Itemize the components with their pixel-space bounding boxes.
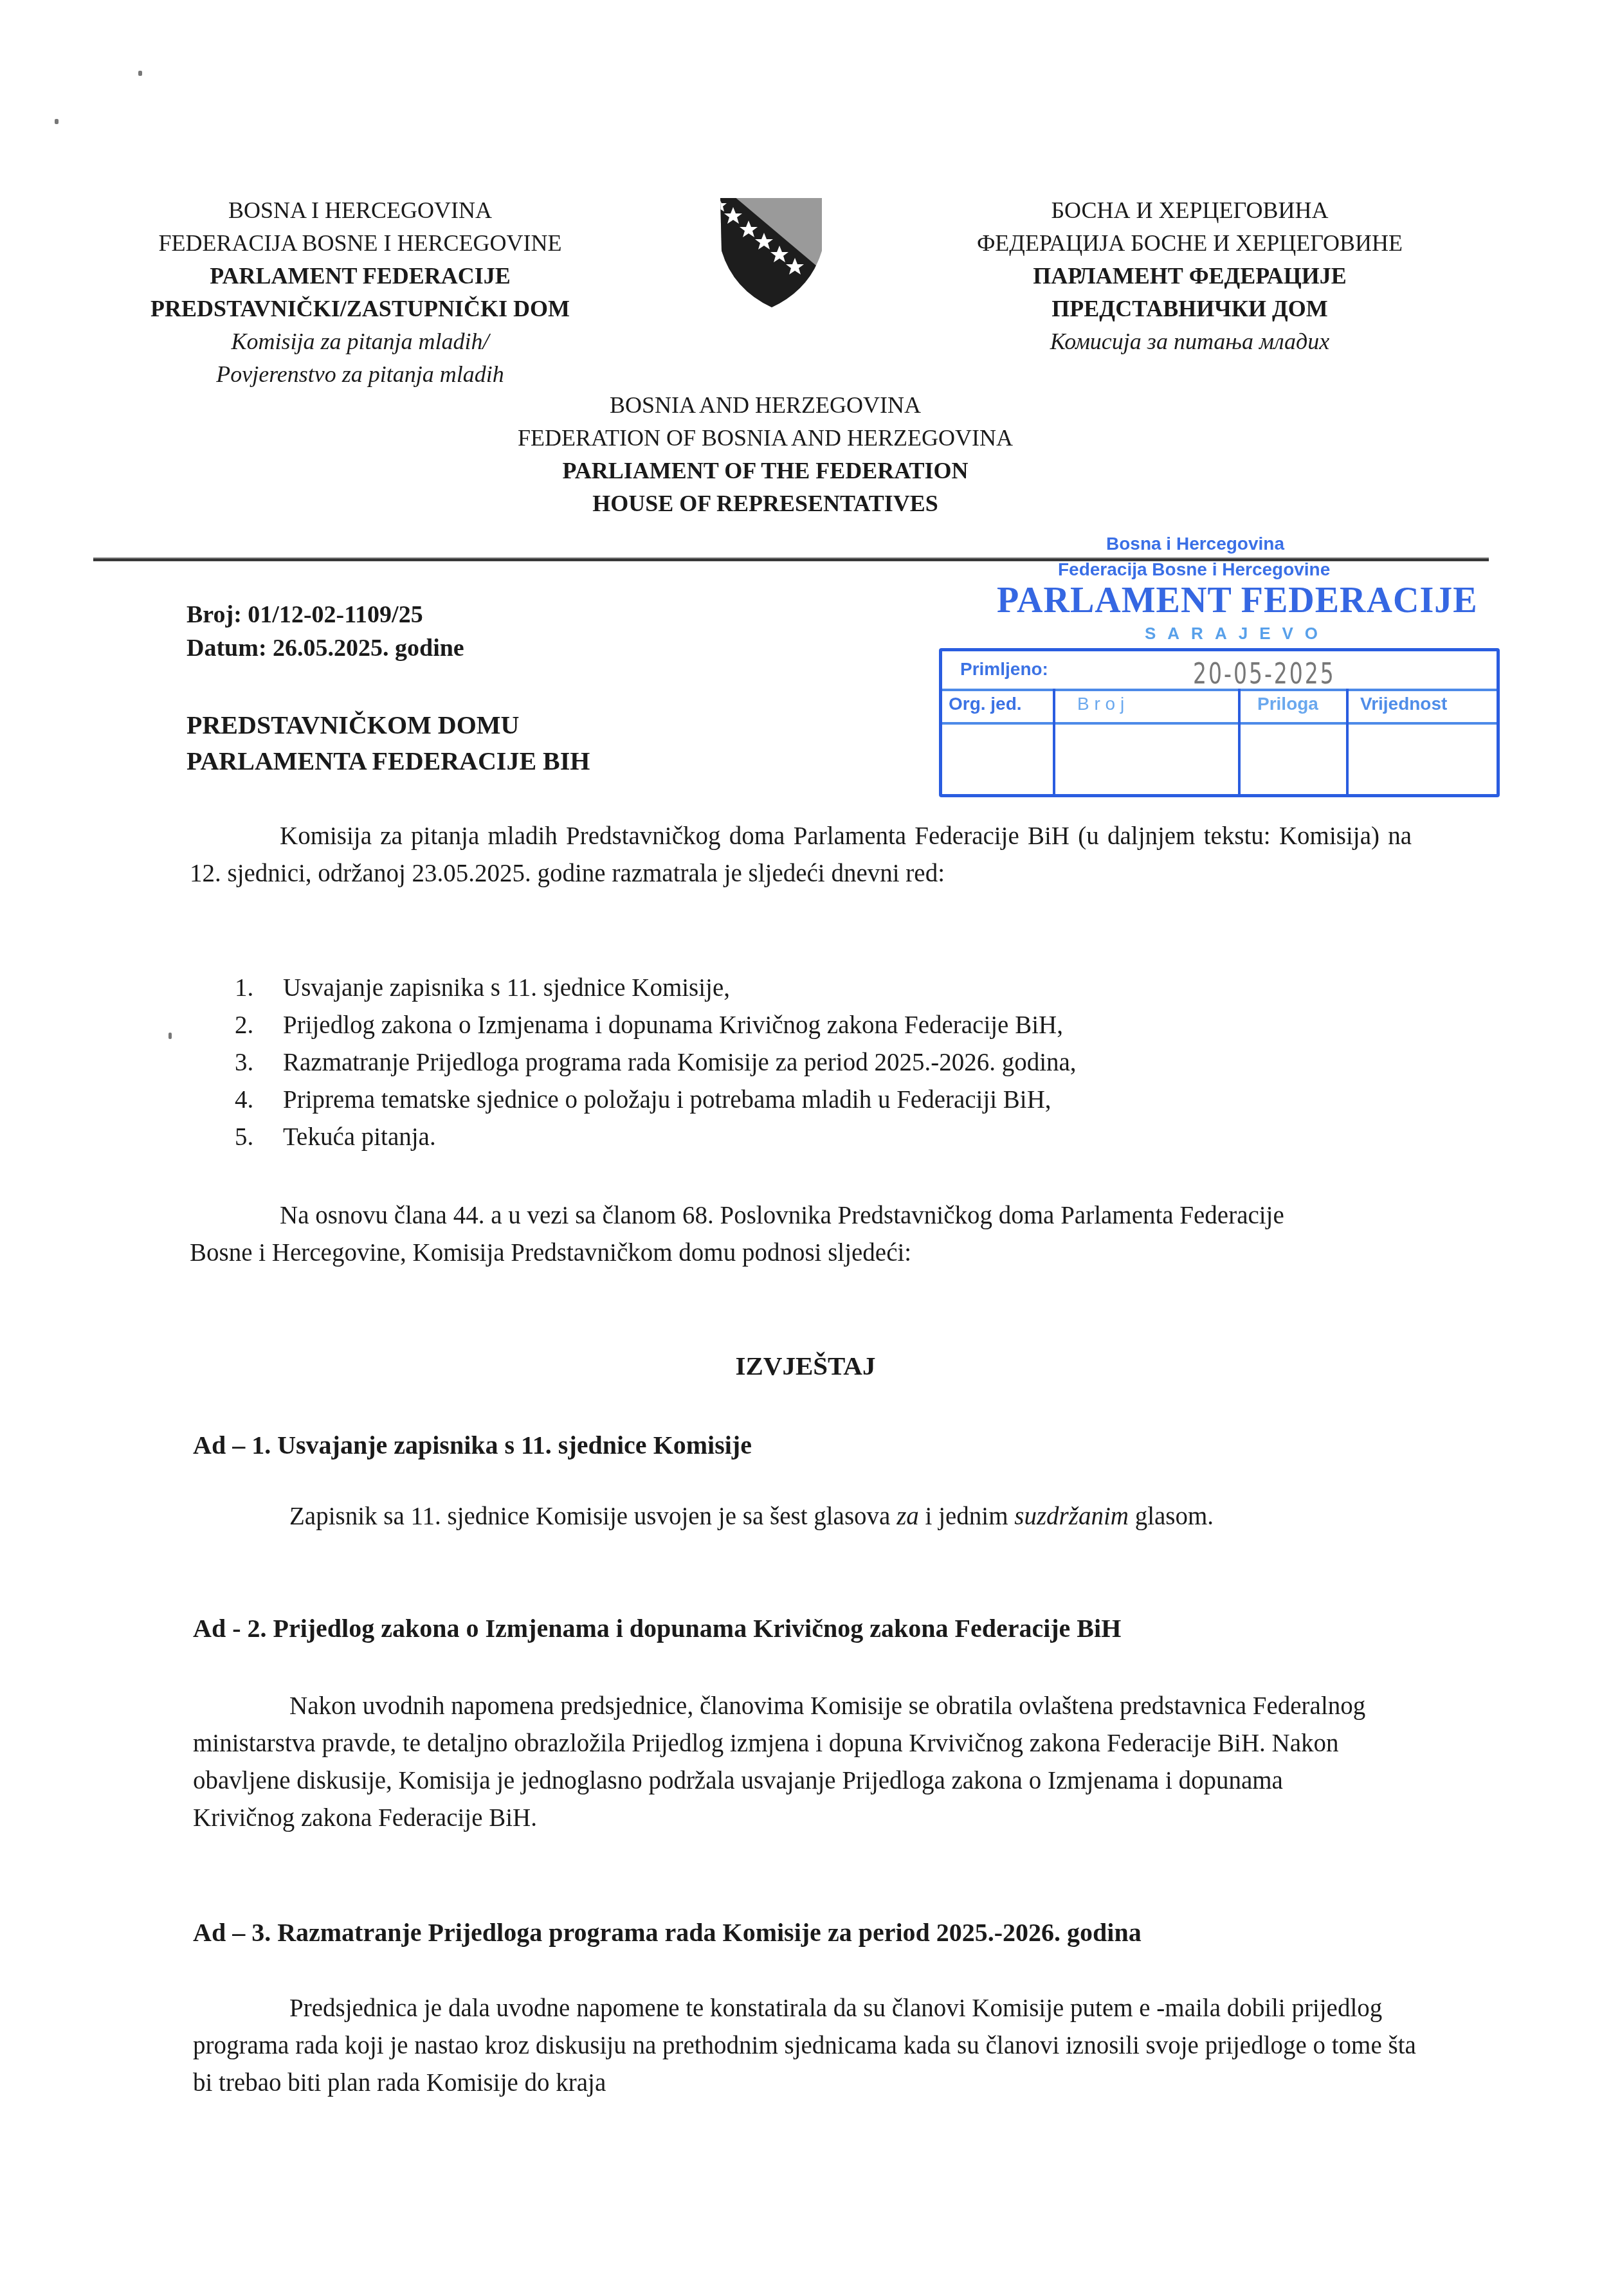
header-country: BOSNA I HERCEGOVINA bbox=[103, 194, 617, 227]
header-house: PREDSTAVNIČKI/ZASTUPNIČKI DOM bbox=[103, 293, 617, 325]
agenda-number: 3. bbox=[235, 1044, 283, 1081]
agenda-text: Usvajanje zapisnika s 11. sjednice Komis… bbox=[283, 970, 730, 1007]
agenda-list: 1.Usvajanje zapisnika s 11. sjednice Kom… bbox=[235, 970, 1392, 1156]
header-committee-alt: Povjerenstvo za pitanja mladih bbox=[103, 358, 617, 391]
header-federation-en: FEDERATION OF BOSNIA AND HERZEGOVINA bbox=[412, 422, 1119, 455]
agenda-number: 2. bbox=[235, 1007, 283, 1044]
section-text: Zapisnik sa 11. sjednice Komisije usvoje… bbox=[289, 1503, 897, 1530]
stamp-parliament: PARLAMENT FEDERACIJE bbox=[997, 580, 1478, 621]
agenda-text: Priprema tematske sjednice o položaju i … bbox=[283, 1081, 1051, 1119]
section-emphasis: za bbox=[897, 1503, 919, 1530]
agenda-number: 1. bbox=[235, 970, 283, 1007]
section-paragraph-2: Nakon uvodnih napomena predsjednice, čla… bbox=[193, 1688, 1389, 1837]
report-title: IZVJEŠTAJ bbox=[0, 1350, 1611, 1381]
header-english: BOSNIA AND HERZEGOVINA FEDERATION OF BOS… bbox=[412, 389, 1119, 520]
section-paragraph-1: Zapisnik sa 11. sjednice Komisije usvoje… bbox=[193, 1498, 1383, 1535]
header-parliament-cyr: ПАРЛАМЕНТ ФЕДЕРАЦИЈЕ bbox=[926, 260, 1453, 293]
section-text: i jednim bbox=[919, 1503, 1014, 1530]
header-committee-cyr: Комисија за питања младих bbox=[926, 325, 1453, 358]
addressee-line1: PREDSTAVNIČKOM DOMU bbox=[187, 707, 830, 743]
stamp-col-value: Vrijednost bbox=[1360, 694, 1447, 714]
scan-artifact bbox=[168, 1033, 172, 1039]
section-emphasis: suzdržanim bbox=[1014, 1503, 1129, 1530]
agenda-text: Prijedlog zakona o Izmjenama i dopunama … bbox=[283, 1007, 1063, 1044]
header-federation: FEDERACIJA BOSNE I HERCEGOVINE bbox=[103, 227, 617, 260]
header-house-cyr: ПРЕДСТАВНИЧКИ ДОМ bbox=[926, 293, 1453, 325]
document-meta: Broj: 01/12-02-1109/25 Datum: 26.05.2025… bbox=[187, 598, 830, 665]
header-country-cyr: БОСНА И ХЕРЦЕГОВИНА bbox=[926, 194, 1453, 227]
agenda-number: 5. bbox=[235, 1119, 283, 1156]
section-heading-2: Ad - 2. Prijedlog zakona o Izmjenama i d… bbox=[193, 1611, 1447, 1647]
stamp-received-row: Primljeno: 20-05-2025 bbox=[942, 651, 1497, 691]
stamp-city: SARAJEVO bbox=[1145, 624, 1329, 644]
document-date: Datum: 26.05.2025. godine bbox=[187, 631, 830, 665]
agenda-text: Tekuća pitanja. bbox=[283, 1119, 436, 1156]
agenda-item: 1.Usvajanje zapisnika s 11. sjednice Kom… bbox=[235, 970, 1392, 1007]
stamp-col-number: B r o j bbox=[1077, 694, 1124, 714]
header-bosnian: BOSNA I HERCEGOVINA FEDERACIJA BOSNE I H… bbox=[103, 194, 617, 391]
section-paragraph-3: Predsjednica je dala uvodne napomene te … bbox=[193, 1990, 1428, 2102]
addressee-line2: PARLAMENTA FEDERACIJE BIH bbox=[187, 743, 830, 779]
agenda-item: 4.Priprema tematske sjednice o položaju … bbox=[235, 1081, 1392, 1119]
header-house-en: HOUSE OF REPRESENTATIVES bbox=[412, 487, 1119, 520]
stamp-received-date: 20-05-2025 bbox=[1193, 658, 1336, 691]
header-parliament: PARLAMENT FEDERACIJE bbox=[103, 260, 617, 293]
agenda-text: Razmatranje Prijedloga programa rada Kom… bbox=[283, 1044, 1077, 1081]
header-cyrillic: БОСНА И ХЕРЦЕГОВИНА ФЕДЕРАЦИЈА БОСНЕ И Х… bbox=[926, 194, 1453, 358]
stamp-received-label: Primljeno: bbox=[960, 659, 1048, 680]
header-committee: Komisija za pitanja mladih/ bbox=[103, 325, 617, 358]
stamp-divider bbox=[1053, 689, 1055, 794]
section-text: glasom. bbox=[1129, 1503, 1214, 1530]
scan-artifact bbox=[138, 71, 142, 76]
addressee: PREDSTAVNIČKOM DOMU PARLAMENTA FEDERACIJ… bbox=[187, 707, 830, 779]
stamp-col-attachments: Priloga bbox=[1257, 694, 1318, 714]
agenda-item: 2.Prijedlog zakona o Izmjenama i dopunam… bbox=[235, 1007, 1392, 1044]
agenda-number: 4. bbox=[235, 1081, 283, 1119]
header-federation-cyr: ФЕДЕРАЦИЈА БОСНЕ И ХЕРЦЕГОВИНЕ bbox=[926, 227, 1453, 260]
stamp-divider bbox=[1238, 689, 1241, 794]
stamp-country: Bosna i Hercegovina bbox=[1106, 534, 1284, 554]
stamp-header-row: Org. jed. B r o j Priloga Vrijednost bbox=[942, 689, 1497, 725]
header-country-en: BOSNIA AND HERZEGOVINA bbox=[412, 389, 1119, 422]
received-stamp: Bosna i Hercegovina Federacija Bosne i H… bbox=[933, 534, 1498, 804]
agenda-item: 3.Razmatranje Prijedloga programa rada K… bbox=[235, 1044, 1392, 1081]
scan-artifact bbox=[55, 119, 59, 124]
stamp-table: Primljeno: 20-05-2025 Org. jed. B r o j … bbox=[939, 648, 1500, 797]
stamp-col-org: Org. jed. bbox=[949, 694, 1022, 714]
agenda-item: 5.Tekuća pitanja. bbox=[235, 1119, 1392, 1156]
stamp-federation: Federacija Bosne i Hercegovine bbox=[1058, 559, 1330, 580]
stamp-divider bbox=[1346, 689, 1349, 794]
header-parliament-en: PARLIAMENT OF THE FEDERATION bbox=[412, 455, 1119, 487]
bih-coat-of-arms-icon bbox=[714, 193, 823, 309]
legal-basis-paragraph: Na osnovu člana 44. a u vezi sa članom 6… bbox=[190, 1197, 1309, 1272]
section-heading-1: Ad – 1. Usvajanje zapisnika s 11. sjedni… bbox=[193, 1427, 1415, 1463]
document-number: Broj: 01/12-02-1109/25 bbox=[187, 598, 830, 631]
section-heading-3: Ad – 3. Razmatranje Prijedloga programa … bbox=[193, 1915, 1447, 1951]
intro-paragraph: Komisija za pitanja mladih Predstavničko… bbox=[190, 818, 1412, 892]
